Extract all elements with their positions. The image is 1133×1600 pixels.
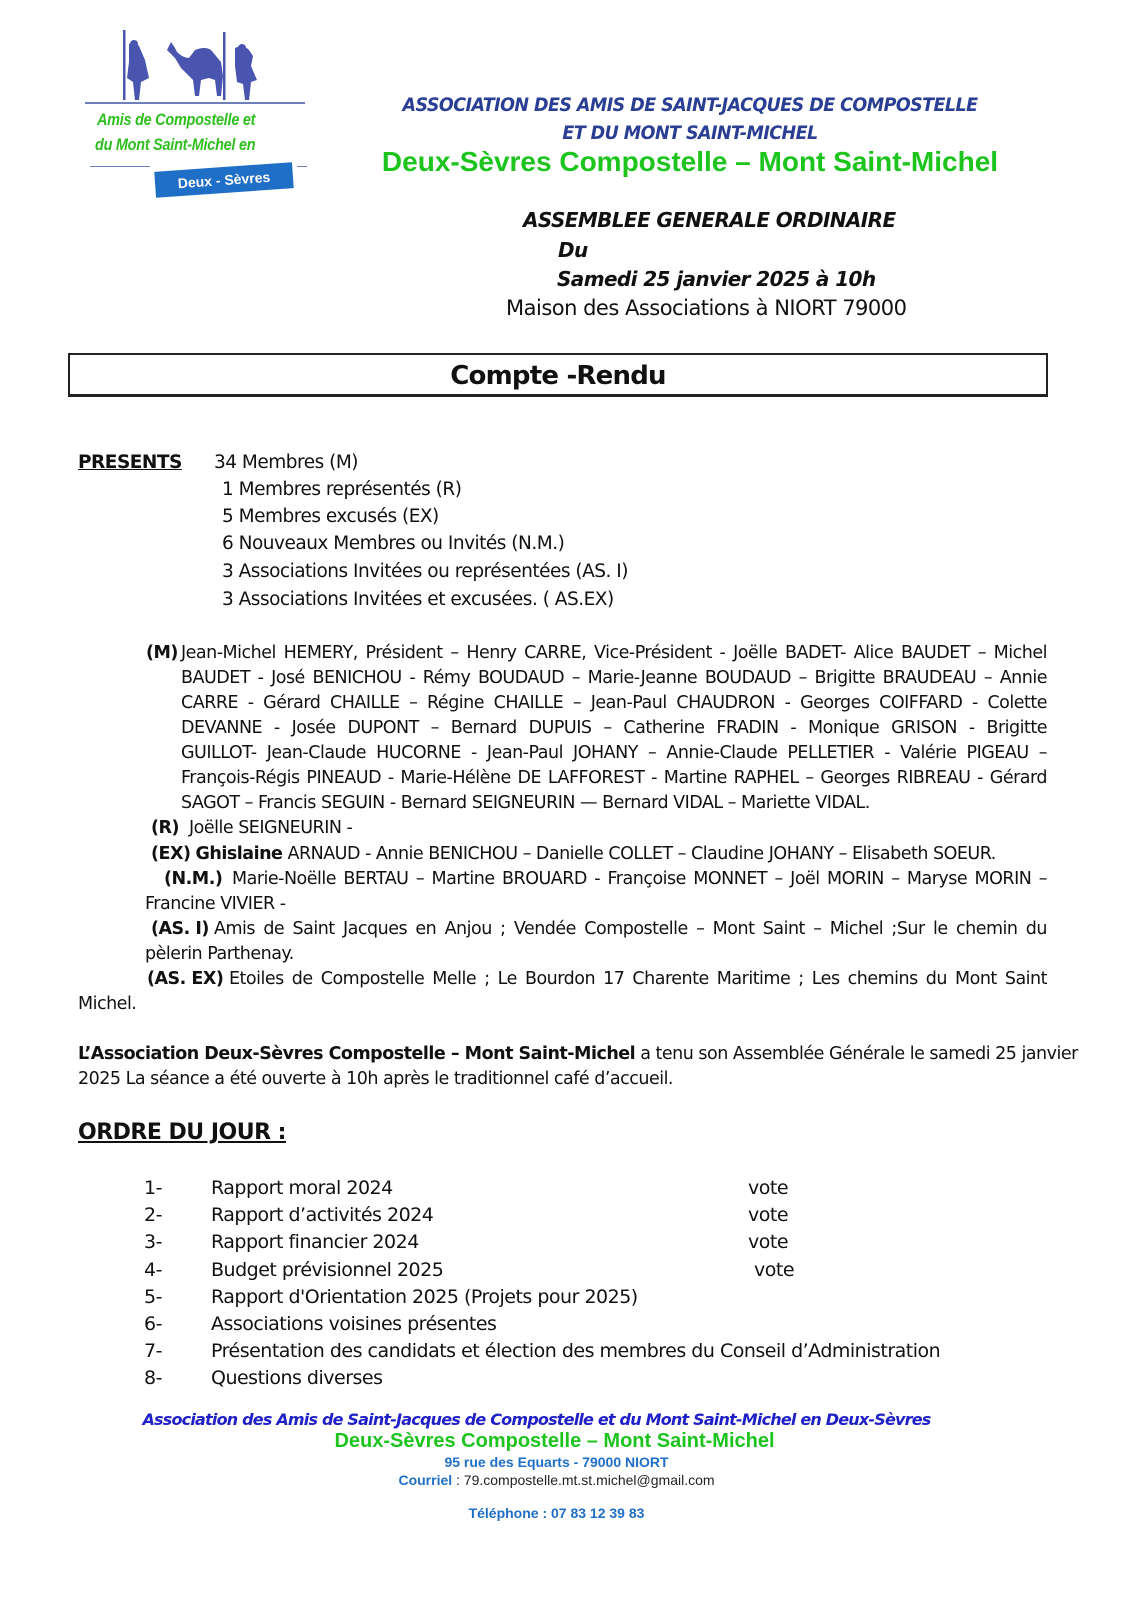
members-line: DEVANNE - Josée DUPONT – Bernard DUPUIS … [181, 718, 1047, 738]
tag-assoc-invited: (AS. I) [151, 919, 209, 939]
agenda-item-number: 1- [144, 1177, 162, 1199]
agenda-item-vote: vote [754, 1259, 794, 1281]
agenda-item-number: 4- [144, 1259, 162, 1281]
agenda-item-vote: vote [748, 1204, 788, 1226]
members-line: GUILLOT- Jean-Claude HUCORNE - Jean-Paul… [181, 743, 1047, 763]
tag-new-members: (N.M.) [164, 869, 222, 889]
logo-ground-line [85, 102, 305, 104]
members-line: Jean-Michel HEMERY, Président – Henry CA… [181, 643, 1047, 663]
footer-name: Deux-Sèvres Compostelle – Mont Saint-Mic… [0, 1430, 1121, 1453]
intro-line2: 2025 La séance a été ouverte à 10h après… [78, 1069, 673, 1089]
agenda-item-number: 6- [144, 1313, 162, 1335]
agenda-item-number: 2- [144, 1204, 162, 1226]
report-title: Compte -Rendu [450, 361, 665, 391]
tag-members: (M) [146, 643, 178, 663]
presents-label: PRESENTS [78, 452, 182, 473]
agenda-item-label: Présentation des candidats et élection d… [211, 1340, 940, 1362]
presents-count: 5 Membres excusés (EX) [222, 506, 439, 527]
assoc-invited-text-cont: pèlerin Parthenay. [145, 944, 294, 964]
agenda-item-label: Associations voisines présentes [211, 1313, 496, 1335]
agenda-item-label: Rapport moral 2024 [211, 1177, 393, 1199]
agenda-item: 6-Associations voisines présentes [144, 1313, 964, 1339]
new-members-text-cont: Francine VIVIER - [145, 894, 286, 914]
agenda-item: 7-Présentation des candidats et élection… [144, 1340, 964, 1366]
association-title-line2: ET DU MONT SAINT-MICHEL [396, 122, 985, 144]
excused-line: (EX) Ghislaine ARNAUD - Annie BENICHOU –… [151, 844, 996, 864]
footer-email[interactable]: : 79.compostelle.mt.st.michel@gmail.com [452, 1472, 714, 1488]
tag-represented: (R) [151, 818, 179, 838]
agenda-item-number: 5- [144, 1286, 162, 1308]
assembly-title: ASSEMBLEE GENERALE ORDINAIRE [523, 208, 896, 232]
report-title-box: Compte -Rendu [68, 353, 1048, 397]
agenda-item: 5-Rapport d'Orientation 2025 (Projets po… [144, 1286, 964, 1312]
logo-divider-right [297, 166, 307, 167]
footer-email-line: Courriel : 79.compostelle.mt.st.michel@g… [0, 1472, 1123, 1488]
presents-count: 34 Membres (M) [214, 452, 358, 473]
intro-line1: L’Association Deux-Sèvres Compostelle – … [78, 1044, 1047, 1064]
assembly-location: Maison des Associations à NIORT 79000 [506, 296, 907, 320]
assoc-invited-text: Amis de Saint Jacques en Anjou ; Vendée … [214, 919, 1047, 939]
tag-assoc-excused: (AS. EX) [147, 969, 223, 989]
new-members-text: Marie-Noëlle BERTAU – Martine BROUARD - … [232, 869, 1047, 889]
presents-count: 1 Membres représentés (R) [222, 479, 461, 500]
association-title-line1: ASSOCIATION DES AMIS DE SAINT-JACQUES DE… [396, 94, 985, 116]
agenda-item: 3-Rapport financier 2024vote [144, 1231, 964, 1257]
presents-count: 3 Associations Invitées et excusées. ( A… [222, 589, 614, 610]
represented-text: Joëlle SEIGNEURIN - [189, 818, 352, 838]
agenda-item-label: Budget prévisionnel 2025 [211, 1259, 443, 1281]
assembly-du: Du [558, 238, 588, 262]
logo-text-line1: Amis de Compostelle et [97, 110, 255, 130]
agenda-item-number: 8- [144, 1367, 162, 1389]
pilgrims-with-donkey-icon [85, 22, 315, 107]
logo-divider-left [90, 166, 150, 167]
agenda-item-label: Rapport financier 2024 [211, 1231, 419, 1253]
association-name: Deux-Sèvres Compostelle – Mont Saint-Mic… [355, 146, 1025, 178]
agenda-item-vote: vote [748, 1177, 788, 1199]
excused-text: ARNAUD - Annie BENICHOU – Danielle COLLE… [282, 844, 995, 864]
footer-association: Association des Amis de Saint-Jacques de… [0, 1410, 1103, 1429]
agenda-item-number: 3- [144, 1231, 162, 1253]
members-line: BAUDET - José BENICHOU - Rémy BOUDAUD – … [181, 668, 1047, 688]
agenda-item: 8-Questions diverses [144, 1367, 964, 1393]
agenda-item-vote: vote [748, 1231, 788, 1253]
presents-count: 3 Associations Invitées ou représentées … [222, 561, 628, 582]
assoc-excused-text: Etoiles de Compostelle Melle ; Le Bourdo… [229, 969, 1047, 989]
members-line: CARRE - Gérard CHAILLE – Régine CHAILLE … [181, 693, 1047, 713]
excused-bold-name: Ghislaine [196, 844, 283, 864]
association-logo: Amis de Compostelle et du Mont Saint-Mic… [85, 22, 315, 202]
agenda-item: 2-Rapport d’activités 2024vote [144, 1204, 964, 1230]
presents-count: 6 Nouveaux Membres ou Invités (N.M.) [222, 533, 564, 554]
members-line: François-Régis PINEAUD - Marie-Hélène DE… [181, 768, 1047, 788]
assembly-date: Samedi 25 janvier 2025 à 10h [557, 267, 875, 291]
agenda-item: 4-Budget prévisionnel 2025vote [144, 1259, 964, 1285]
logo-text-line2: du Mont Saint-Michel en [95, 135, 255, 155]
agenda-item-label: Rapport d’activités 2024 [211, 1204, 433, 1226]
agenda-item-number: 7- [144, 1340, 162, 1362]
footer-phone: Téléphone : 07 83 12 39 83 [0, 1505, 1123, 1521]
footer-address: 95 rue des Equarts - 79000 NIORT [0, 1454, 1123, 1470]
agenda-item-label: Rapport d'Orientation 2025 (Projets pour… [211, 1286, 638, 1308]
agenda-title: ORDRE DU JOUR : [78, 1120, 286, 1145]
agenda-item: 1-Rapport moral 2024vote [144, 1177, 964, 1203]
tag-excused: (EX) [151, 844, 190, 864]
footer-email-label: Courriel [398, 1472, 452, 1488]
members-line: SAGOT – Francis SEGUIN - Bernard SEIGNEU… [181, 793, 870, 813]
assoc-excused-text-cont: Michel. [78, 994, 136, 1014]
intro-text1: a tenu son Assemblée Générale le samedi … [635, 1044, 1078, 1064]
agenda-item-label: Questions diverses [211, 1367, 383, 1389]
logo-badge: Deux - Sèvres [154, 162, 293, 198]
intro-association-name: L’Association Deux-Sèvres Compostelle – … [78, 1044, 635, 1064]
